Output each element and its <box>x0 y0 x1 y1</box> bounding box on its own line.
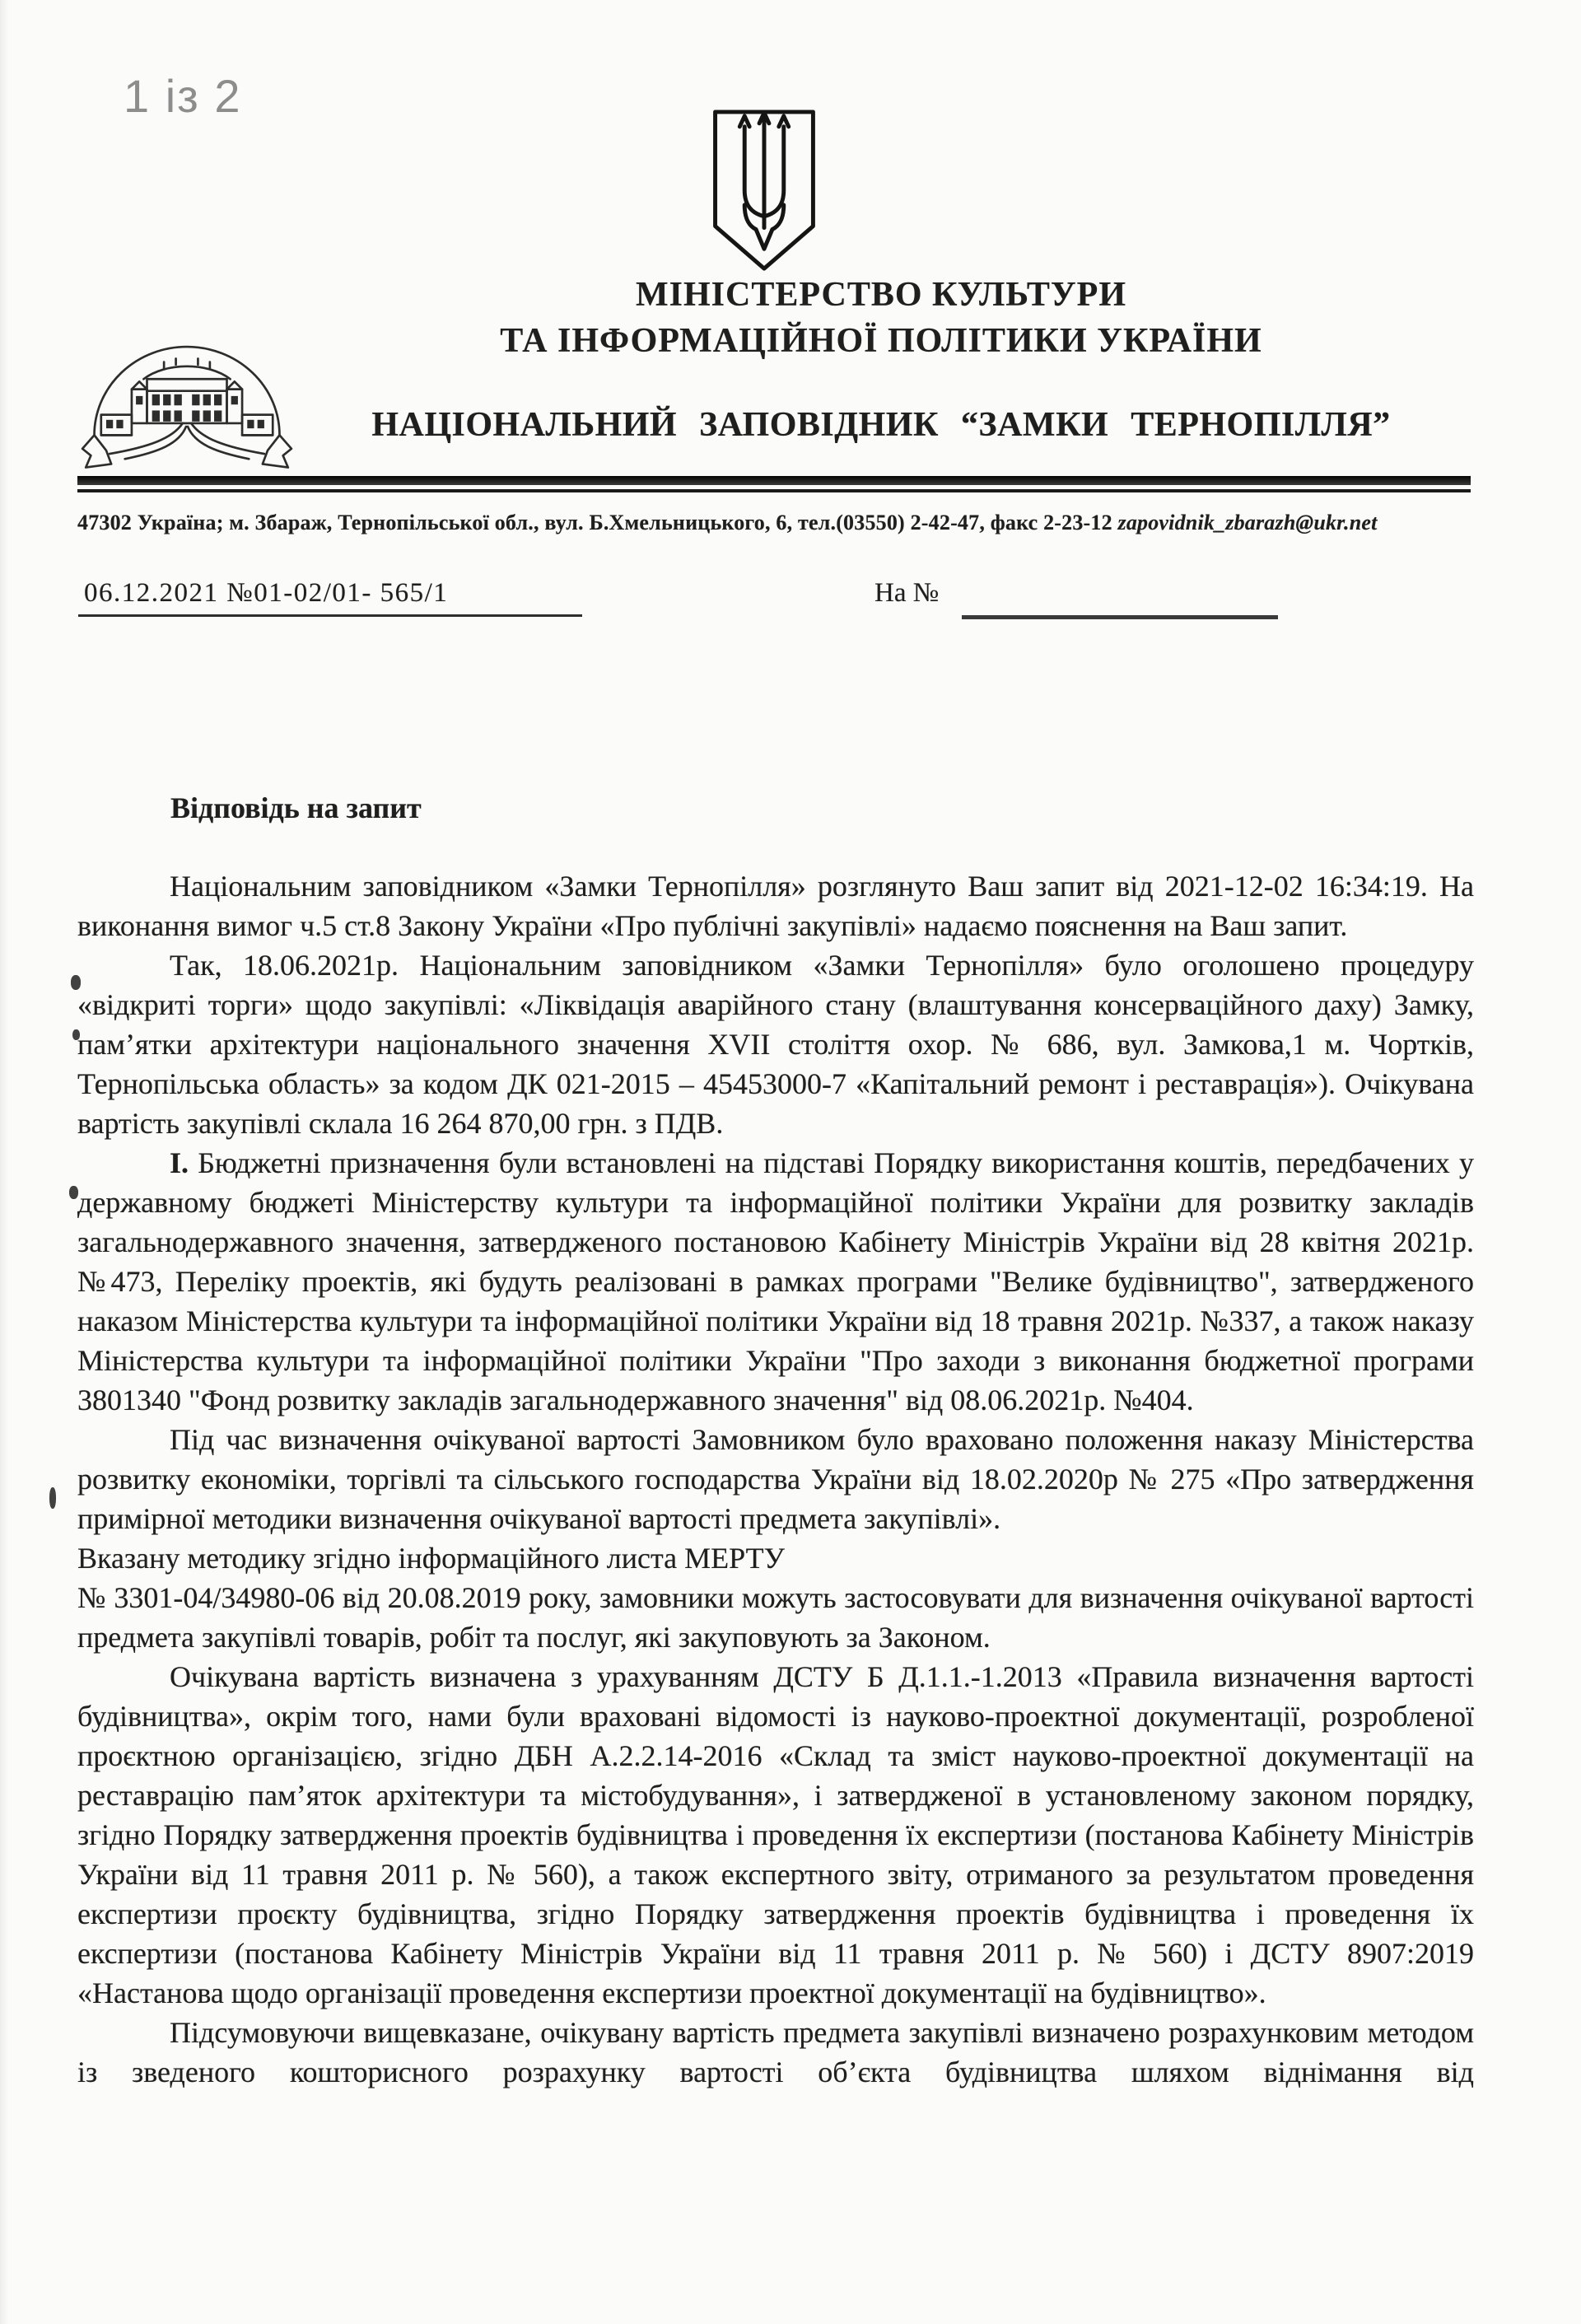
outgoing-number-underline <box>78 614 582 617</box>
body-paragraph-3: І. Бюджетні призначення були встановлені… <box>77 1143 1474 1420</box>
ministry-name-line1: МІНІСТЕРСТВО КУЛЬТУРИ <box>288 275 1474 315</box>
body-paragraph-4: Під час визначення очікуваної вартості З… <box>77 1420 1474 1538</box>
body-paragraph-6: № 3301-04/34980-06 від 20.08.2019 року, … <box>77 1578 1474 1657</box>
castle-logo-icon <box>81 326 293 471</box>
body-paragraph-8: Підсумовуючи вищевказане, очікувану варт… <box>77 2013 1474 2092</box>
scan-artifact <box>49 1487 56 1509</box>
incoming-number-blank-line <box>962 615 1278 619</box>
header-divider-thick-line <box>77 476 1471 485</box>
reserve-name: НАЦІОНАЛЬНИЙ ЗАПОВІДНИК “ЗАМКИ ТЕРНОПІЛЛ… <box>288 405 1474 445</box>
scan-artifact <box>69 1186 78 1199</box>
letter-body: Національним заповідником «Замки Тернопі… <box>77 866 1474 2092</box>
trident-emblem-icon <box>707 105 822 277</box>
ministry-name-line2: ТА ІНФОРМАЦІЙНОЇ ПОЛІТИКИ УКРАЇНИ <box>288 321 1474 361</box>
header-divider <box>77 476 1471 492</box>
email-address: zapovidnik_zbarazh@ukr.net <box>1118 511 1378 534</box>
body-paragraph-1: Національним заповідником «Замки Тернопі… <box>77 866 1474 945</box>
paragraph-3-numeral: І. <box>170 1146 189 1179</box>
scan-artifact <box>71 975 81 990</box>
scan-artifact <box>72 1029 80 1040</box>
body-paragraph-2: Так, 18.06.2021р. Національним заповідни… <box>77 945 1474 1143</box>
body-paragraph-5: Вказану методику згідно інформаційного л… <box>77 1538 1474 1578</box>
body-paragraph-7: Очікувана вартість визначена з урахуванн… <box>77 1657 1474 2013</box>
letter-subject: Відповідь на запит <box>170 791 422 825</box>
scanned-letter-page: 1 із 2 МІНІСТЕРСТВО КУЛЬТУРИ ТА ІНФОРМАЦ… <box>0 0 1581 2324</box>
address-text: 47302 Україна; м. Збараж, Тернопільської… <box>77 511 1118 534</box>
page-indicator: 1 із 2 <box>124 69 242 123</box>
header-divider-thin-line <box>77 489 1471 492</box>
paragraph-3-text: Бюджетні призначення були встановлені на… <box>77 1146 1474 1416</box>
incoming-number-label: На № <box>874 578 939 609</box>
address-line: 47302 Україна; м. Збараж, Тернопільської… <box>77 511 1474 535</box>
outgoing-number: 06.12.2021 №01-02/01- 565/1 <box>84 578 448 609</box>
